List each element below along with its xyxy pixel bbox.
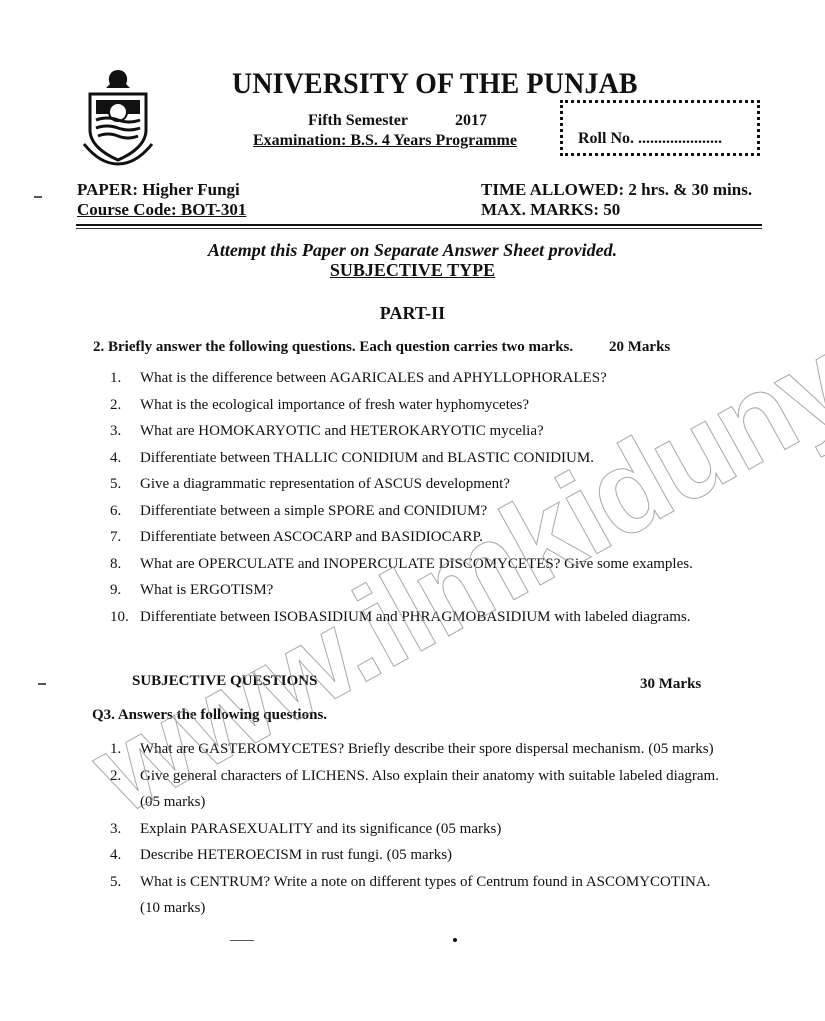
scan-mark-left-2 <box>38 683 46 685</box>
question-number: 4. <box>110 847 140 864</box>
question-text: What are HOMOKARYOTIC and HETEROKARYOTIC… <box>140 423 544 439</box>
question-number: 10. <box>110 609 140 626</box>
header-divider-thin <box>76 228 762 229</box>
question-text: Differentiate between ISOBASIDIUM and PH… <box>140 609 690 625</box>
question-number: 5. <box>110 874 140 891</box>
scan-dot <box>453 938 457 942</box>
roll-number-field[interactable]: Roll No. ..................... <box>578 130 722 148</box>
header-divider <box>76 224 762 226</box>
question-item: 3.What are HOMOKARYOTIC and HETEROKARYOT… <box>110 423 544 440</box>
time-allowed: TIME ALLOWED: 2 hrs. & 30 mins. <box>481 180 752 200</box>
question-item: 6.Differentiate between a simple SPORE a… <box>110 503 487 520</box>
question-number: 4. <box>110 450 140 467</box>
question-marks-continued: (10 marks) <box>140 900 205 917</box>
question-3-heading: Q3. Answers the following questions. <box>92 707 327 724</box>
exam-paper-page: UNIVERSITY OF THE PUNJAB Fifth Semester … <box>0 0 825 1021</box>
question-text: What are GASTEROMYCETES? Briefly describ… <box>140 741 714 757</box>
question-number: 3. <box>110 423 140 440</box>
examination-programme: Examination: B.S. 4 Years Programme <box>253 132 517 150</box>
subjective-questions-heading: SUBJECTIVE QUESTIONS <box>132 673 317 690</box>
question-number: 5. <box>110 476 140 493</box>
question-item: 5.What is CENTRUM? Write a note on diffe… <box>110 874 710 891</box>
question-number: 6. <box>110 503 140 520</box>
question-number: 9. <box>110 582 140 599</box>
question-item: 3.Explain PARASEXUALITY and its signific… <box>110 821 501 838</box>
question-text: Give general characters of LICHENS. Also… <box>140 768 719 784</box>
question-text: What is ERGOTISM? <box>140 582 273 598</box>
course-code: Course Code: BOT-301 <box>77 200 246 220</box>
question-text: What is the difference between AGARICALE… <box>140 370 607 386</box>
subjective-questions-marks: 30 Marks <box>640 676 701 693</box>
paper-type-heading: SUBJECTIVE TYPE <box>0 260 825 281</box>
question-2-marks: 20 Marks <box>609 339 670 356</box>
question-item: 4.Describe HETEROECISM in rust fungi. (0… <box>110 847 452 864</box>
paper-name: PAPER: Higher Fungi <box>77 180 240 200</box>
paper-type-label: SUBJECTIVE TYPE <box>330 260 495 280</box>
question-item: 9.What is ERGOTISM? <box>110 582 273 599</box>
scan-mark <box>230 940 254 941</box>
university-crest-icon <box>80 68 156 166</box>
question-text: What is the ecological importance of fre… <box>140 397 529 413</box>
question-text: Differentiate between THALLIC CONIDIUM a… <box>140 450 594 466</box>
max-marks: MAX. MARKS: 50 <box>481 200 620 220</box>
question-marks-continued: (05 marks) <box>140 794 205 811</box>
question-number: 8. <box>110 556 140 573</box>
part-heading: PART-II <box>0 303 825 324</box>
exam-year: 2017 <box>455 112 487 130</box>
question-number: 1. <box>110 741 140 758</box>
question-item: 10.Differentiate between ISOBASIDIUM and… <box>110 609 690 626</box>
question-text: Differentiate between a simple SPORE and… <box>140 503 487 519</box>
university-title: UNIVERSITY OF THE PUNJAB <box>232 67 638 101</box>
question-item: 8.What are OPERCULATE and INOPERCULATE D… <box>110 556 693 573</box>
question-text: Differentiate between ASCOCARP and BASID… <box>140 529 483 545</box>
question-number: 2. <box>110 768 140 785</box>
question-item: 4.Differentiate between THALLIC CONIDIUM… <box>110 450 594 467</box>
question-text: Describe HETEROECISM in rust fungi. (05 … <box>140 847 452 863</box>
question-item: 5.Give a diagrammatic representation of … <box>110 476 510 493</box>
question-item: 2.What is the ecological importance of f… <box>110 397 529 414</box>
question-number: 3. <box>110 821 140 838</box>
question-text: Explain PARASEXUALITY and its significan… <box>140 821 501 837</box>
question-text: What are OPERCULATE and INOPERCULATE DIS… <box>140 556 693 572</box>
attempt-instruction: Attempt this Paper on Separate Answer Sh… <box>0 240 825 261</box>
question-number: 1. <box>110 370 140 387</box>
semester-label: Fifth Semester <box>308 112 408 130</box>
scan-mark-left <box>34 196 42 198</box>
question-item: 1.What is the difference between AGARICA… <box>110 370 607 387</box>
question-number: 2. <box>110 397 140 414</box>
question-text: What is CENTRUM? Write a note on differe… <box>140 874 710 890</box>
question-item: 7.Differentiate between ASCOCARP and BAS… <box>110 529 483 546</box>
question-number: 7. <box>110 529 140 546</box>
question-2-heading: 2. Briefly answer the following question… <box>93 339 573 356</box>
question-item: 1.What are GASTEROMYCETES? Briefly descr… <box>110 741 714 758</box>
question-text: Give a diagrammatic representation of AS… <box>140 476 510 492</box>
question-item: 2.Give general characters of LICHENS. Al… <box>110 768 719 785</box>
